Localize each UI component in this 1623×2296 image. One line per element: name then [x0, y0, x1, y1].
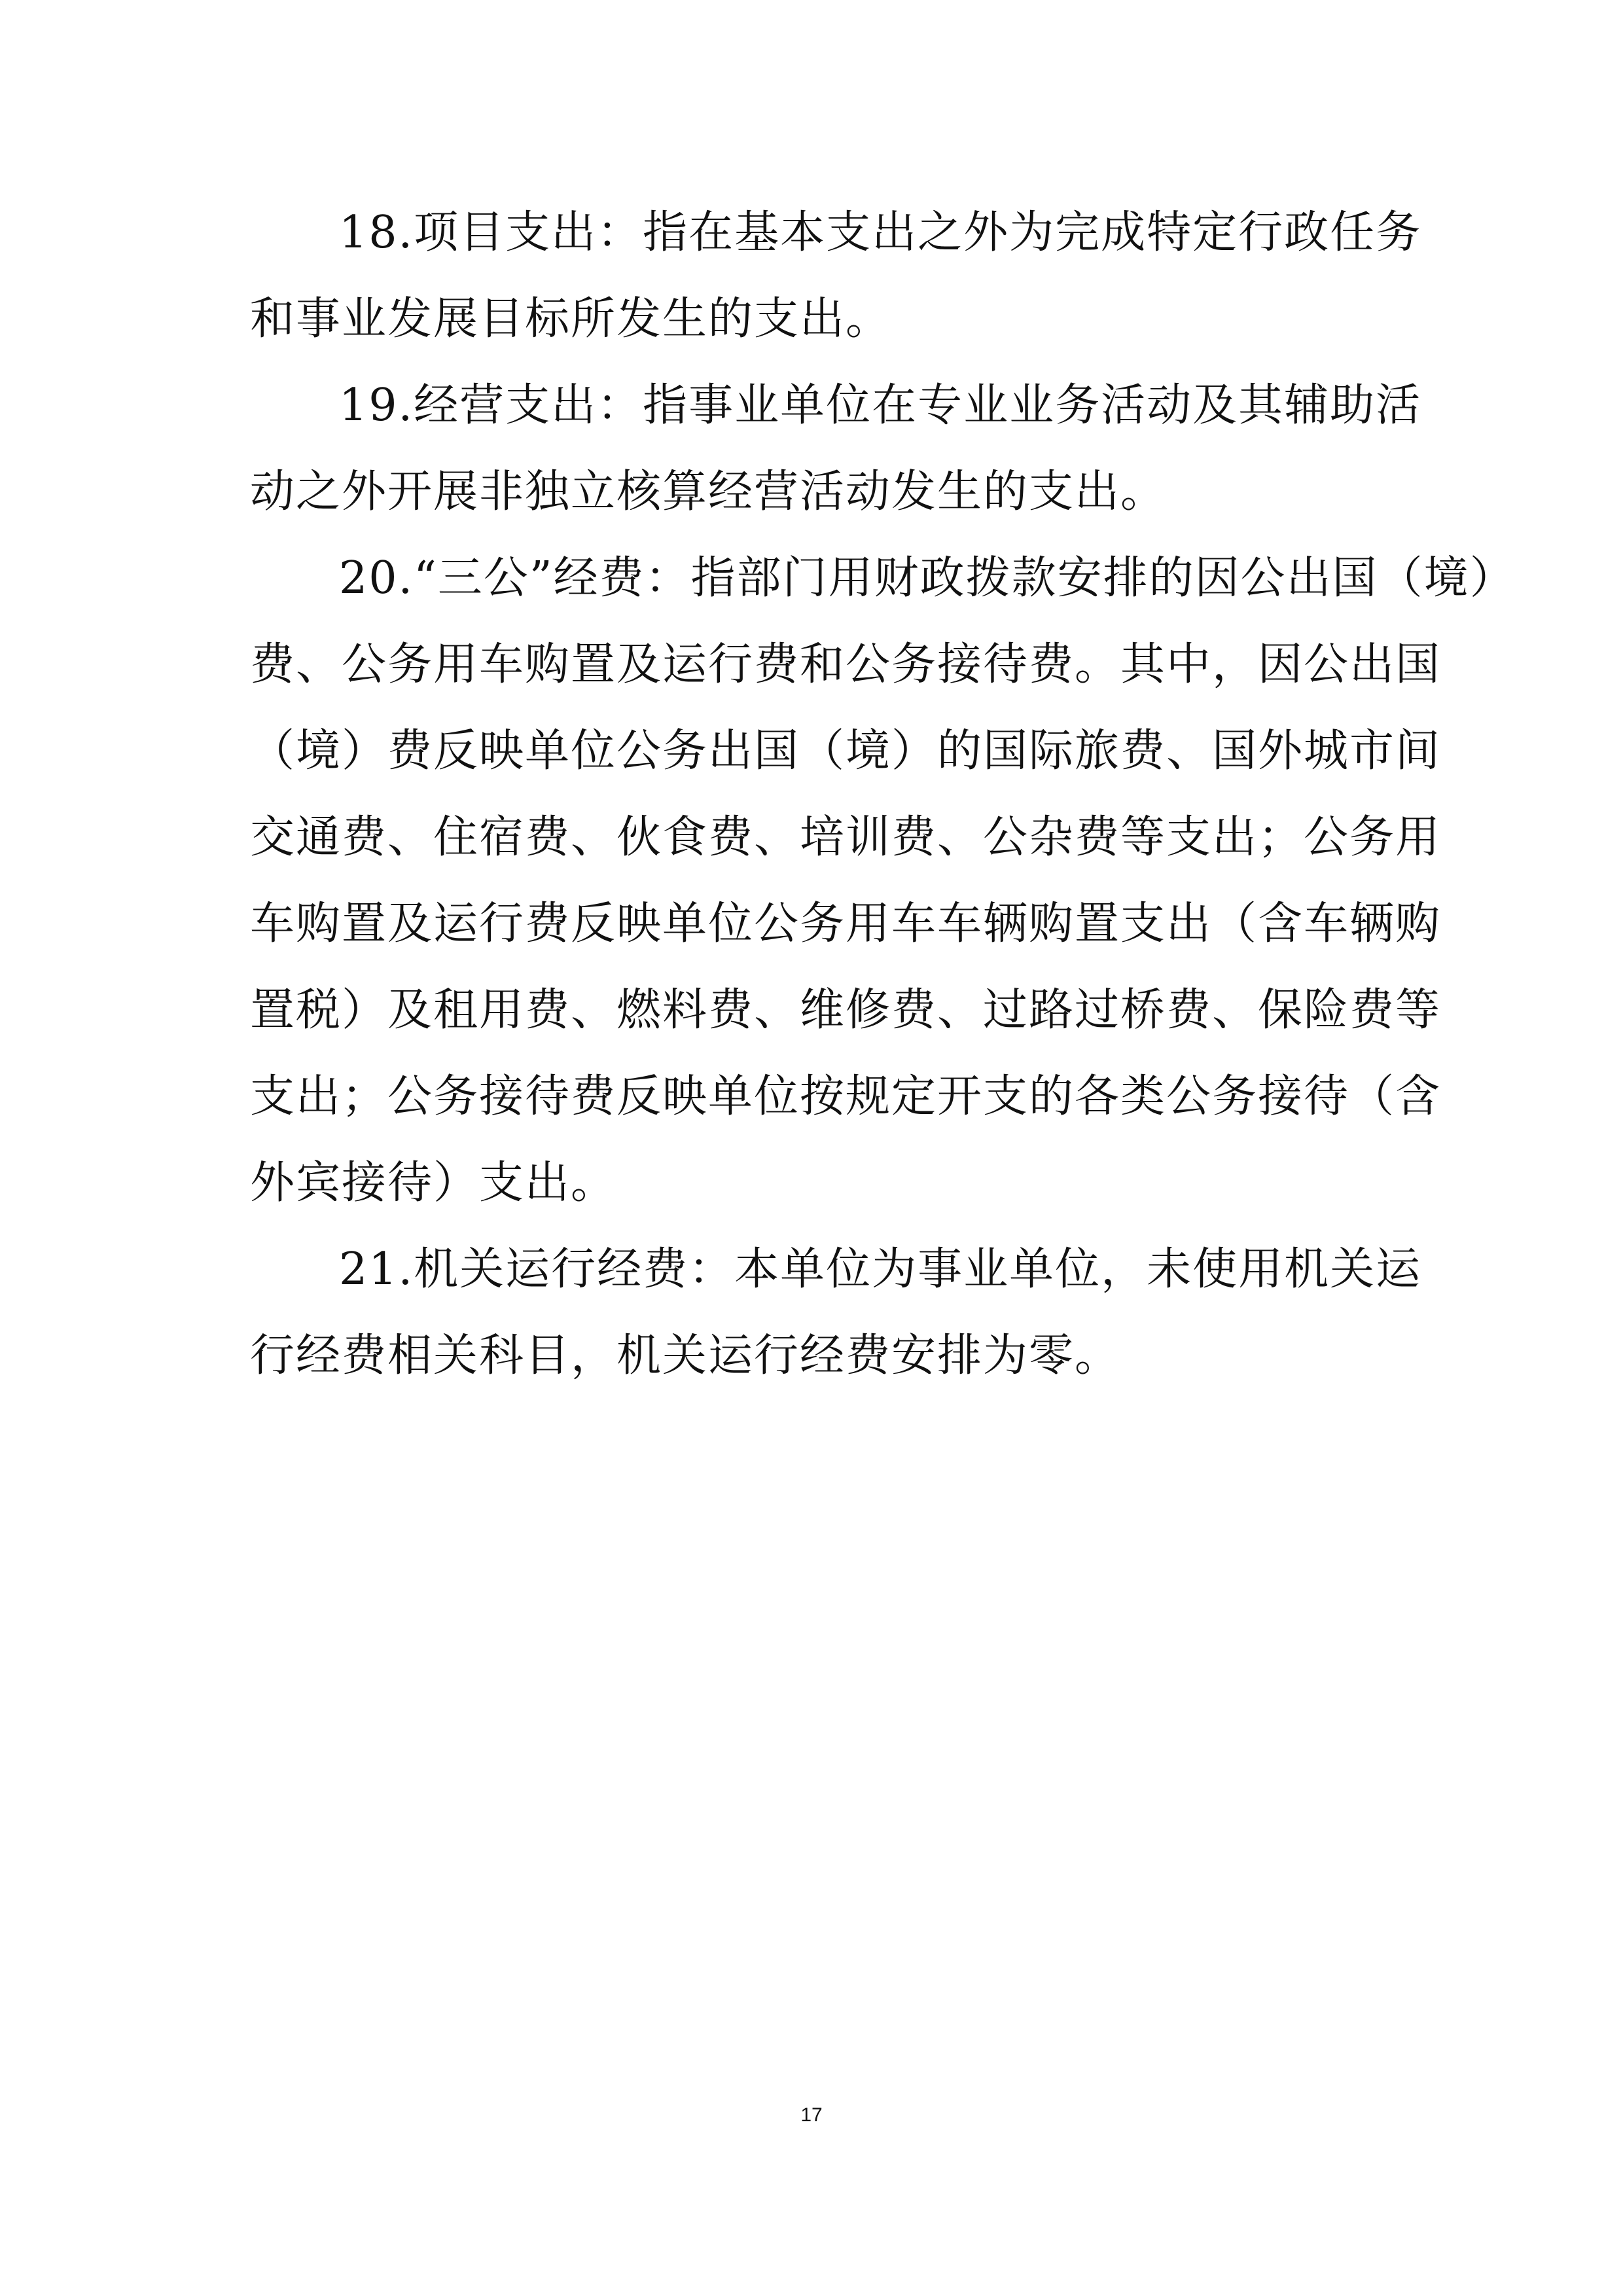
paragraph-20: 20.“三公”经费：指部门用财政拨款安排的因公出国（境） 费、公务用车购置及运行…	[250, 535, 1382, 1227]
text-line: 车购置及运行费反映单位公务用车车辆购置支出（含车辆购	[250, 881, 1382, 967]
text-line: 外宾接待）支出。	[250, 1140, 1382, 1227]
text-line: 交通费、住宿费、伙食费、培训费、公杂费等支出；公务用	[250, 795, 1382, 881]
text-line: 19.经营支出：指事业单位在专业业务活动及其辅助活	[250, 363, 1382, 449]
text-line: 行经费相关科目，机关运行经费安排为零。	[250, 1313, 1382, 1399]
text-line: （境）费反映单位公务出国（境）的国际旅费、国外城市间	[250, 708, 1382, 795]
paragraph-21: 21.机关运行经费：本单位为事业单位，未使用机关运 行经费相关科目，机关运行经费…	[250, 1227, 1382, 1399]
text-line: 支出；公务接待费反映单位按规定开支的各类公务接待（含	[250, 1054, 1382, 1140]
paragraph-19: 19.经营支出：指事业单位在专业业务活动及其辅助活 动之外开展非独立核算经营活动…	[250, 363, 1382, 535]
document-body: 18.项目支出：指在基本支出之外为完成特定行政任务 和事业发展目标所发生的支出。…	[250, 190, 1382, 1399]
text-line: 置税）及租用费、燃料费、维修费、过路过桥费、保险费等	[250, 967, 1382, 1054]
text-line: 和事业发展目标所发生的支出。	[250, 276, 1382, 363]
page-number: 17	[0, 2104, 1623, 2126]
text-line: 21.机关运行经费：本单位为事业单位，未使用机关运	[250, 1227, 1382, 1313]
text-line: 20.“三公”经费：指部门用财政拨款安排的因公出国（境）	[250, 535, 1382, 622]
text-line: 18.项目支出：指在基本支出之外为完成特定行政任务	[250, 190, 1382, 276]
text-line: 动之外开展非独立核算经营活动发生的支出。	[250, 449, 1382, 535]
text-line: 费、公务用车购置及运行费和公务接待费。其中，因公出国	[250, 622, 1382, 708]
paragraph-18: 18.项目支出：指在基本支出之外为完成特定行政任务 和事业发展目标所发生的支出。	[250, 190, 1382, 363]
